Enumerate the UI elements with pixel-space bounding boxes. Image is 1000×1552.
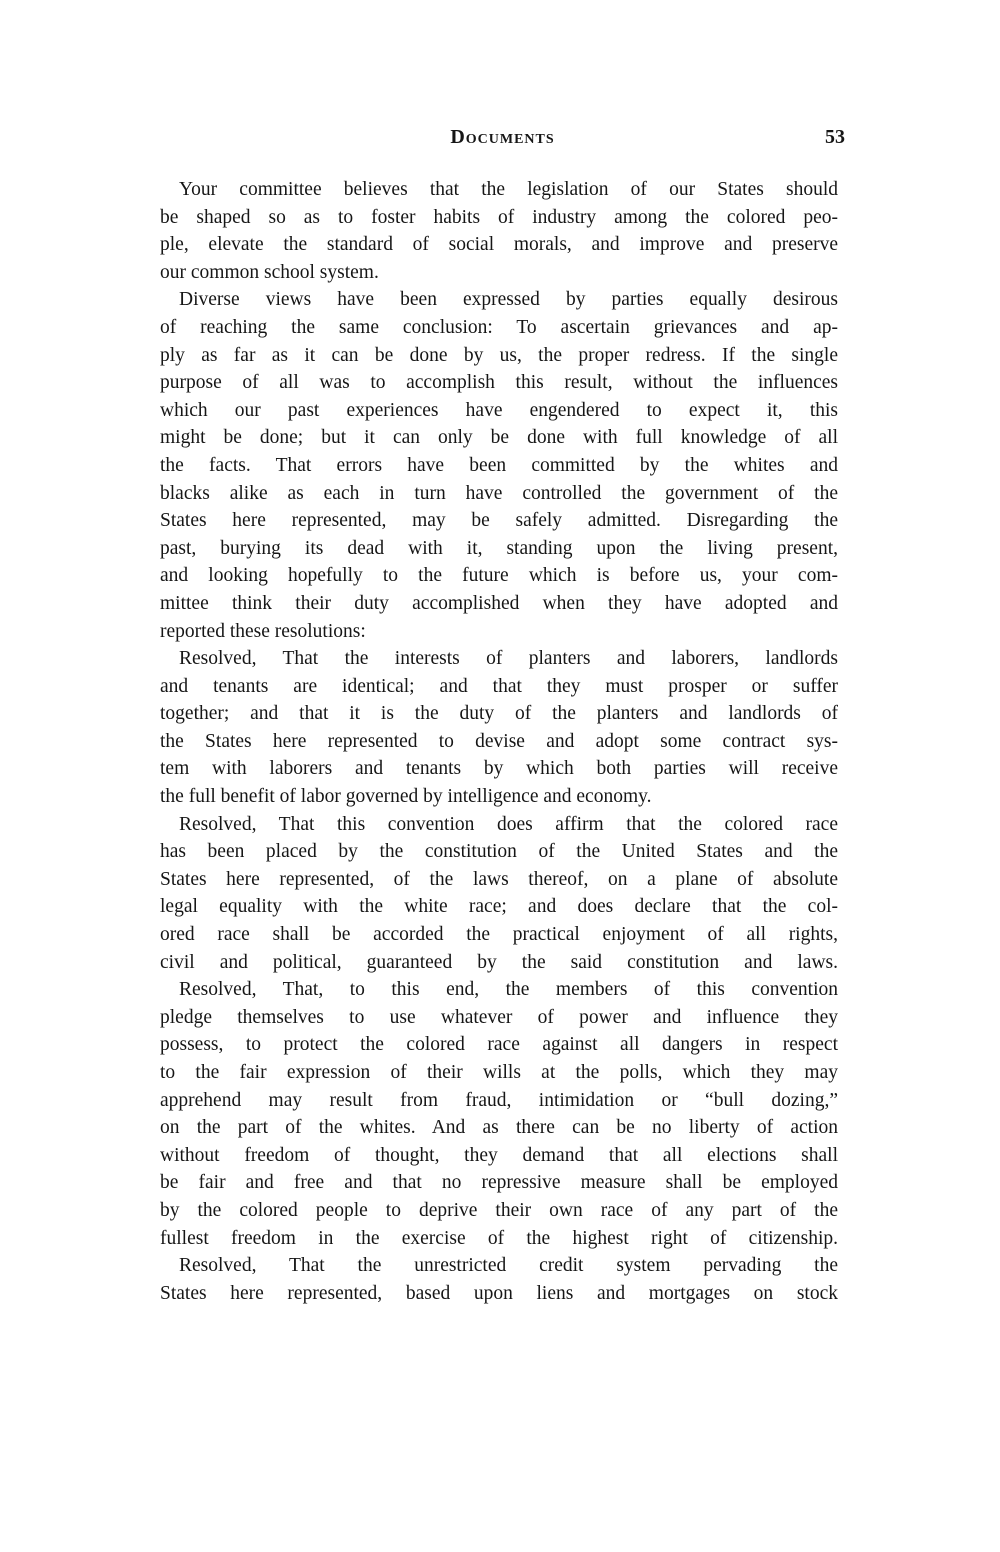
page-number: 53 [825,126,845,149]
paragraph-resolved-protect-elections: Resolved, That, to this end, the members… [160,976,838,1252]
text-line: Resolved, That, to this end, the members… [160,976,838,1004]
text-line: might be done; but it can only be done w… [160,424,838,452]
text-line: and tenants are identical; and that they… [160,673,838,701]
text-line: Resolved, That the unrestricted credit s… [160,1252,838,1280]
text-line: ored race shall be accorded the practica… [160,921,838,949]
text-line: States here represented, based upon lien… [160,1280,838,1308]
text-line: Resolved, That the interests of planters… [160,645,838,673]
text-line: of reaching the same conclusion: To asce… [160,314,838,342]
text-line: civil and political, guaranteed by the s… [160,949,838,977]
text-line: ply as far as it can be done by us, the … [160,342,838,370]
paragraph-resolved-legal-equality: Resolved, That this convention does affi… [160,811,838,977]
running-head-title: Documents [160,126,845,149]
text-line: legal equality with the white race; and … [160,893,838,921]
text-line: past, burying its dead with it, standing… [160,535,838,563]
text-line: ple, elevate the standard of social mora… [160,231,838,259]
text-line: by the colored people to deprive their o… [160,1197,838,1225]
text-line: purpose of all was to accomplish this re… [160,369,838,397]
text-line: possess, to protect the colored race aga… [160,1031,838,1059]
text-line: which our past experiences have engender… [160,397,838,425]
text-line: the States here represented to devise an… [160,728,838,756]
text-line: fullest freedom in the exercise of the h… [160,1225,838,1253]
text-line: be shaped so as to foster habits of indu… [160,204,838,232]
text-line: blacks alike as each in turn have contro… [160,480,838,508]
paragraph-resolved-planters-laborers: Resolved, That the interests of planters… [160,645,838,811]
text-line: and looking hopefully to the future whic… [160,562,838,590]
text-line: pledge themselves to use whatever of pow… [160,1004,838,1032]
paragraph-resolved-credit-system: Resolved, That the unrestricted credit s… [160,1252,838,1307]
document-page: Documents 53 Your committee believes tha… [0,0,1000,1552]
paragraph-committee-legislation: Your committee believes that the legisla… [160,176,838,286]
text-line: tem with laborers and tenants by which b… [160,755,838,783]
running-head: Documents 53 [160,126,845,156]
text-line: our common school system. [160,259,838,287]
text-line: apprehend may result from fraud, intimid… [160,1087,838,1115]
text-line: without freedom of thought, they demand … [160,1142,838,1170]
text-line: to the fair expression of their wills at… [160,1059,838,1087]
text-line: on the part of the whites. And as there … [160,1114,838,1142]
text-line: mittee think their duty accomplished whe… [160,590,838,618]
text-line: the full benefit of labor governed by in… [160,783,838,811]
text-line: Diverse views have been expressed by par… [160,286,838,314]
text-line: the facts. That errors have been committ… [160,452,838,480]
text-line: States here represented, of the laws the… [160,866,838,894]
text-line: reported these resolutions: [160,618,838,646]
body-text: Your committee believes that the legisla… [160,176,838,1307]
text-line: has been placed by the constitution of t… [160,838,838,866]
text-line: together; and that it is the duty of the… [160,700,838,728]
paragraph-diverse-views: Diverse views have been expressed by par… [160,286,838,645]
text-line: States here represented, may be safely a… [160,507,838,535]
text-line: Resolved, That this convention does affi… [160,811,838,839]
text-line: Your committee believes that the legisla… [160,176,838,204]
text-line: be fair and free and that no repressive … [160,1169,838,1197]
